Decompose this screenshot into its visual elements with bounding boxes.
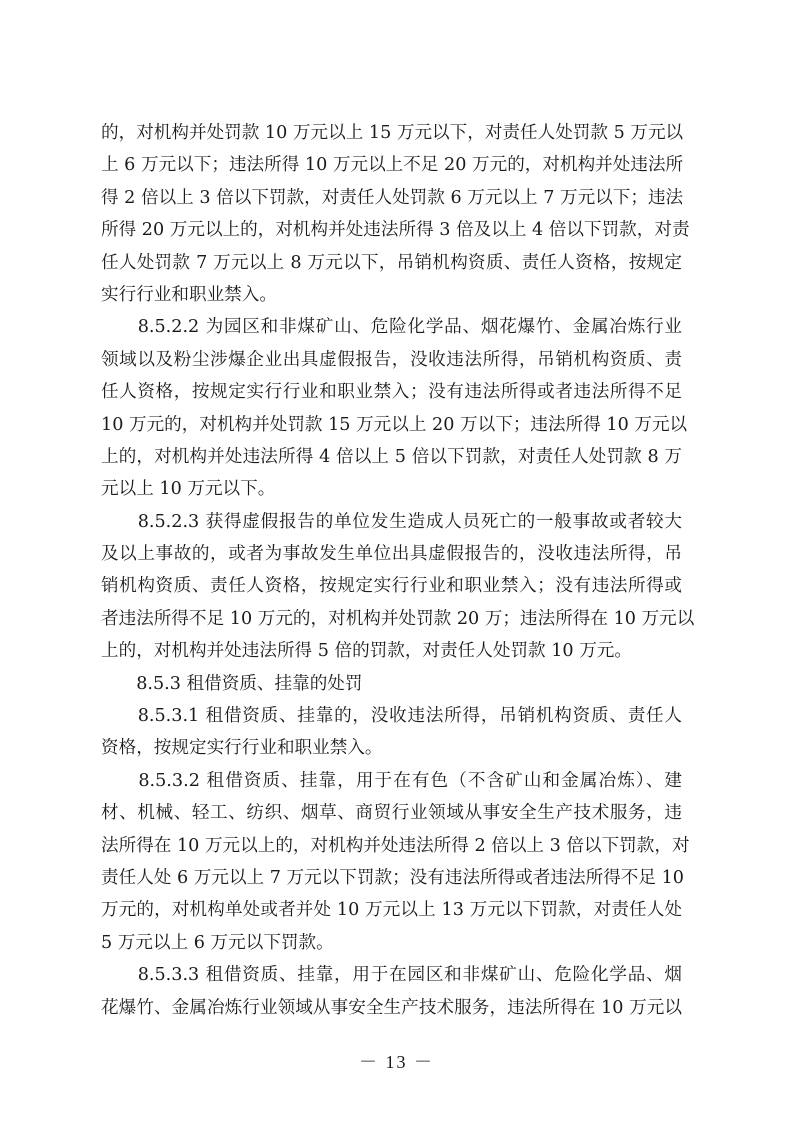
section-heading-8-5-3: 8.5.3 租借资质、挂靠的处罚 [101,668,682,700]
page-number: － 13 － [0,1048,793,1074]
text-line: 任人资格，按规定实行行业和职业禁入；没有违法所得或者违法所得不足 [101,376,682,408]
section-8-5-3-1-line: 8.5.3.1 租借资质、挂靠的，没收违法所得，吊销机构资质、责任人 [101,700,682,732]
text-line: 5 万元以上 6 万元以下罚款。 [101,927,682,959]
text-line: 销机构资质、责任人资格，按规定实行行业和职业禁入；没有违法所得或 [101,570,682,602]
text-line: 者违法所得不足 10 万元的，对机构并处罚款 20 万；违法所得在 10 万元以 [101,603,682,635]
text-line: 元以上 10 万元以下。 [101,473,682,505]
text-line: 上 6 万元以下；违法所得 10 万元以上不足 20 万元的，对机构并处违法所 [101,149,682,181]
text-line: 花爆竹、金属冶炼行业领域从事安全生产技术服务，违法所得在 10 万元以 [101,992,682,1024]
text-line: 10 万元的，对机构并处罚款 15 万元以上 20 万以下；违法所得 10 万元… [101,409,682,441]
text-line: 及以上事故的，或者为事故发生单位出具虚假报告的，没收违法所得，吊 [101,538,682,570]
text-line: 万元的，对机构单处或者并处 10 万元以上 13 万元以下罚款，对责任人处 [101,894,682,926]
section-8-5-2-2-line: 8.5.2.2 为园区和非煤矿山、危险化学品、烟花爆竹、金属冶炼行业 [101,311,682,343]
text-line: 的，对机构并处罚款 10 万元以上 15 万元以下，对责任人处罚款 5 万元以 [101,117,682,149]
text-line: 得 2 倍以上 3 倍以下罚款，对责任人处罚款 6 万元以上 7 万元以下；违法 [101,182,682,214]
text-line: 材、机械、轻工、纺织、烟草、商贸行业领域从事安全生产技术服务，违 [101,797,682,829]
text-line: 上的，对机构并处违法所得 4 倍以上 5 倍以下罚款，对责任人处罚款 8 万 [101,441,682,473]
text-line: 实行行业和职业禁入。 [101,279,682,311]
section-8-5-3-3-line: 8.5.3.3 租借资质、挂靠，用于在园区和非煤矿山、危险化学品、烟 [101,959,682,991]
document-page: 的，对机构并处罚款 10 万元以上 15 万元以下，对责任人处罚款 5 万元以 … [0,0,793,1122]
text-line: 所得 20 万元以上的，对机构并处违法所得 3 倍及以上 4 倍以下罚款，对责 [101,214,682,246]
text-line: 责任人处 6 万元以上 7 万元以下罚款；没有违法所得或者违法所得不足 10 [101,862,682,894]
text-line: 法所得在 10 万元以上的，对机构并处违法所得 2 倍以上 3 倍以下罚款，对 [101,830,682,862]
text-line: 上的，对机构并处违法所得 5 倍的罚款，对责任人处罚款 10 万元。 [101,635,682,667]
text-line: 资格，按规定实行行业和职业禁入。 [101,732,682,764]
body-text: 的，对机构并处罚款 10 万元以上 15 万元以下，对责任人处罚款 5 万元以 … [101,117,682,1024]
text-line: 任人处罚款 7 万元以上 8 万元以下，吊销机构资质、责任人资格，按规定 [101,247,682,279]
section-8-5-3-2-line: 8.5.3.2 租借资质、挂靠，用于在有色（不含矿山和金属冶炼）、建 [101,765,682,797]
text-line: 领域以及粉尘涉爆企业出具虚假报告，没收违法所得，吊销机构资质、责 [101,344,682,376]
section-8-5-2-3-line: 8.5.2.3 获得虚假报告的单位发生造成人员死亡的一般事故或者较大 [101,506,682,538]
